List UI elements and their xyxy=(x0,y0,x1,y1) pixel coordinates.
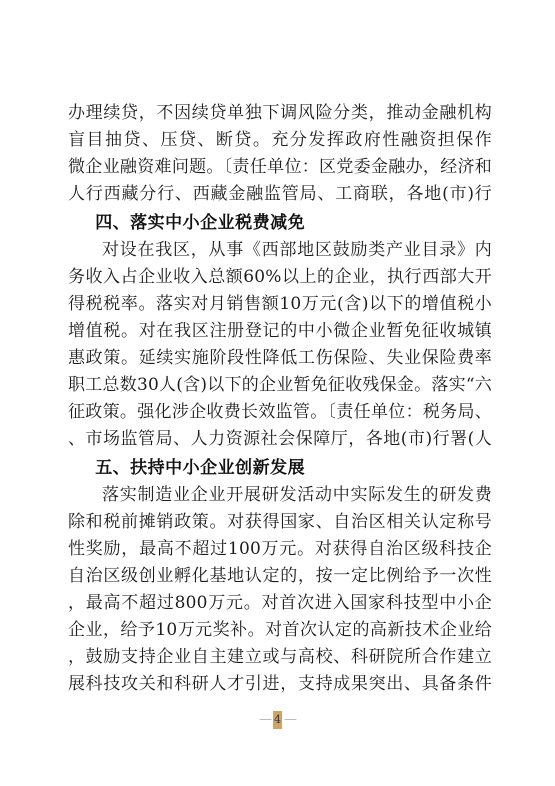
footer-left-dash: — xyxy=(259,712,271,727)
section-heading: 五、扶持中小企业创新发展 xyxy=(68,455,492,482)
document-line: 除和税前摊销政策。对获得国家、自治区相关认定称号企业给予一次 xyxy=(68,509,492,536)
page-number: 4 xyxy=(273,711,282,729)
document-line: 、市场监管局、人力资源社会保障厅，各地(市)行署(人民政府)〕 xyxy=(68,426,492,453)
document-line: 盲目抽贷、压贷、断贷。充分发挥政府性融资担保作用，着力缓解小 xyxy=(68,127,492,154)
document-line: 增值税。对在我区注册登记的中小微企业暂免征收城镇土地使用税优 xyxy=(68,318,492,345)
document-line: 务收入占企业收入总额60%以上的企业，执行西部大开发15%的企业所 xyxy=(68,264,492,291)
document-line: 得税税率。落实对月销售额10万元(含)以下的增值税小规模纳税人免征 xyxy=(68,291,492,318)
document-line: ，最高不超过800万元。对首次进入国家科技型中小企业备案数据库的 xyxy=(68,590,492,617)
document-line: 自治区级创业孵化基地认定的，按一定比例给予一次性建设扶持资金 xyxy=(68,563,492,590)
section-heading: 四、落实中小企业税费减免 xyxy=(68,210,492,237)
footer-right-dash: — xyxy=(284,712,296,727)
document-body: 办理续贷，不因续贷单独下调风险分类，推动金融机构尽快放贷，不盲目抽贷、压贷、断贷… xyxy=(68,100,492,698)
document-line: 微企业融资难问题。〔责任单位：区党委金融办，经济和信息化厅、 xyxy=(68,154,492,181)
document-line: 惠政策。延续实施阶段性降低工伤保险、失业保险费率政策。对在职 xyxy=(68,345,492,372)
document-line: 人行西藏分行、西藏金融监管局、工商联，各地(市)行署(人民政府)〕 xyxy=(68,181,492,208)
document-line: 办理续贷，不因续贷单独下调风险分类，推动金融机构尽快放贷，不 xyxy=(68,100,492,127)
document-line: 对设在我区，从事《西部地区鼓励类产业目录》内产业且主营业 xyxy=(68,237,492,264)
document-line: 展科技攻关和科研人才引进，支持成果突出、具备条件的申报自治区 xyxy=(68,671,492,698)
document-line: 企业，给予10万元奖补。对首次认定的高新技术企业给予20万元奖补 xyxy=(68,617,492,644)
page-footer: —4— xyxy=(0,711,555,729)
document-line: 职工总数30人(含)以下的企业暂免征收残保金。落实“六税两费”减 xyxy=(68,372,492,399)
document-line: 性奖励，最高不超过100万元。对获得自治区级科技企业孵化器认定或 xyxy=(68,536,492,563)
document-line: 落实制造业企业开展研发活动中实际发生的研发费用税前加计扣 xyxy=(68,482,492,509)
document-line: 征政策。强化涉企收费长效监管。〔责任单位：税务局、自然资源厅 xyxy=(68,399,492,426)
document-line: ，鼓励支持企业自主建立或与高校、科研院所合作建立研发平台，开 xyxy=(68,644,492,671)
document-page: 办理续贷，不因续贷单独下调风险分类，推动金融机构尽快放贷，不盲目抽贷、压贷、断贷… xyxy=(0,0,555,786)
